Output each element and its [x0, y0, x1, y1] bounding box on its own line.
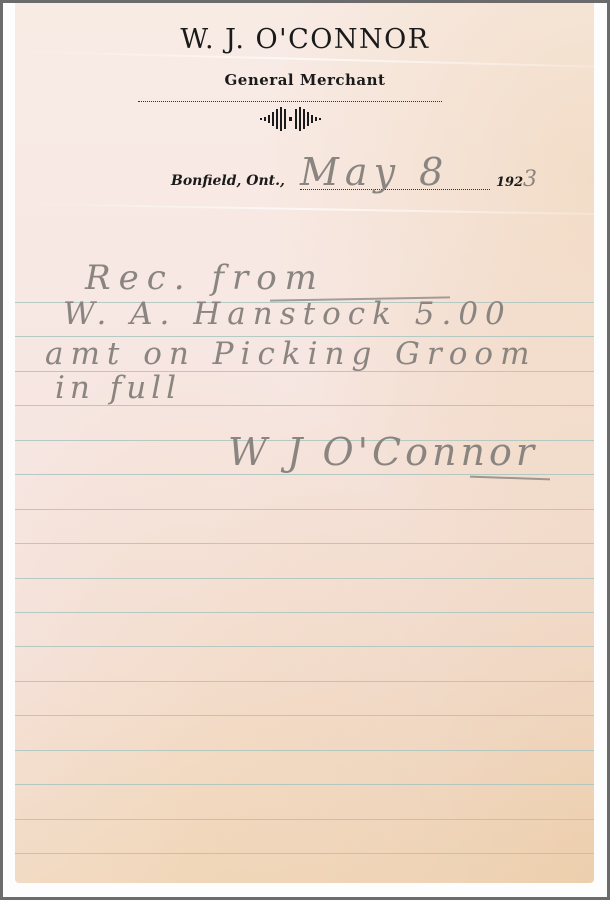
signature: W J O'Connor: [228, 430, 538, 474]
ruled-line: [15, 750, 594, 751]
handwritten-line: amt on Picking Groom: [45, 336, 536, 372]
handwritten-year-digit: 3: [523, 167, 540, 192]
handwritten-line: Rec. from: [85, 258, 325, 298]
handwritten-line: W. A. Hanstock 5.00: [63, 296, 512, 332]
ruled-line: [15, 681, 594, 682]
header-dotted-divider: [138, 101, 442, 102]
ruled-line: [15, 853, 594, 854]
ruled-line: [15, 646, 594, 647]
ruled-line: [15, 543, 594, 544]
ruled-line: [15, 474, 594, 475]
ruled-line: [15, 612, 594, 613]
ruled-line: [15, 578, 594, 579]
diamond-bars-ornament-icon: [248, 106, 336, 132]
ruled-line: [15, 784, 594, 785]
ruled-line: [15, 509, 594, 510]
merchant-subtitle: General Merchant: [0, 71, 610, 89]
year-prefix: 192: [496, 175, 523, 190]
ruled-line: [15, 715, 594, 716]
handwritten-date: May 8: [300, 150, 449, 194]
paper-crease: [15, 203, 594, 215]
handwritten-line: in full: [55, 370, 181, 406]
ruled-line: [15, 819, 594, 820]
dateline-place: Bonfield, Ont.,: [171, 173, 285, 189]
merchant-name: W. J. O'CONNOR: [0, 24, 610, 55]
